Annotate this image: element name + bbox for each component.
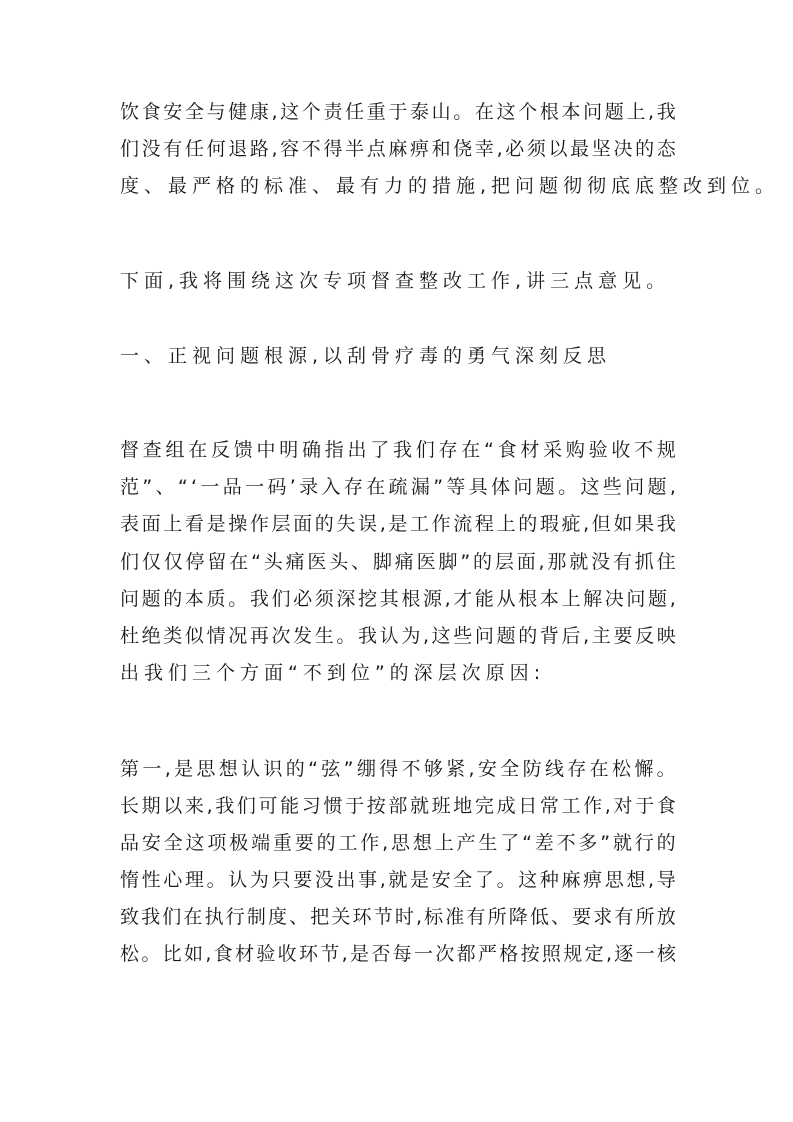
text-line: 们没有任何退路,容不得半点麻痹和侥幸,必须以最坚决的态	[120, 131, 676, 168]
text-line: 们仅仅停留在“头痛医头、脚痛医脚”的层面,那就没有抓住	[120, 544, 676, 581]
text-line: 度、最严格的标准、最有力的措施,把问题彻彻底底整改到位。	[120, 168, 676, 205]
text-line: 惰性心理。认为只要没出事,就是安全了。这种麻痹思想,导	[120, 862, 676, 899]
text-line: 品安全这项极端重要的工作,思想上产生了“差不多”就行的	[120, 825, 676, 862]
text-line: 饮食安全与健康,这个责任重于泰山。在这个根本问题上,我	[120, 94, 676, 131]
text-line: 松。比如,食材验收环节,是否每一次都严格按照规定,逐一核	[120, 936, 676, 973]
text-line: 杜绝类似情况再次发生。我认为,这些问题的背后,主要反映	[120, 618, 676, 655]
text-line: 范”、“‘一品一码’录入存在疏漏”等具体问题。这些问题,	[120, 469, 676, 506]
text-line: 表面上看是操作层面的失误,是工作流程上的瑕疵,但如果我	[120, 506, 676, 543]
text-line: 出我们三个方面“不到位”的深层次原因:	[120, 655, 676, 692]
text-line: 致我们在执行制度、把关环节时,标准有所降低、要求有所放	[120, 899, 676, 936]
text-line: 督查组在反馈中明确指出了我们存在“食材采购验收不规	[120, 432, 676, 469]
text-line: 长期以来,我们可能习惯于按部就班地完成日常工作,对于食	[120, 788, 676, 825]
heading-text: 一、正视问题根源,以刮骨疗毒的勇气深刻反思	[120, 338, 676, 375]
text-line: 下面,我将围绕这次专项督查整改工作,讲三点意见。	[120, 263, 676, 300]
text-line: 问题的本质。我们必须深挖其根源,才能从根本上解决问题,	[120, 581, 676, 618]
text-line: 第一,是思想认识的“弦”绷得不够紧,安全防线存在松懈。	[120, 751, 676, 788]
